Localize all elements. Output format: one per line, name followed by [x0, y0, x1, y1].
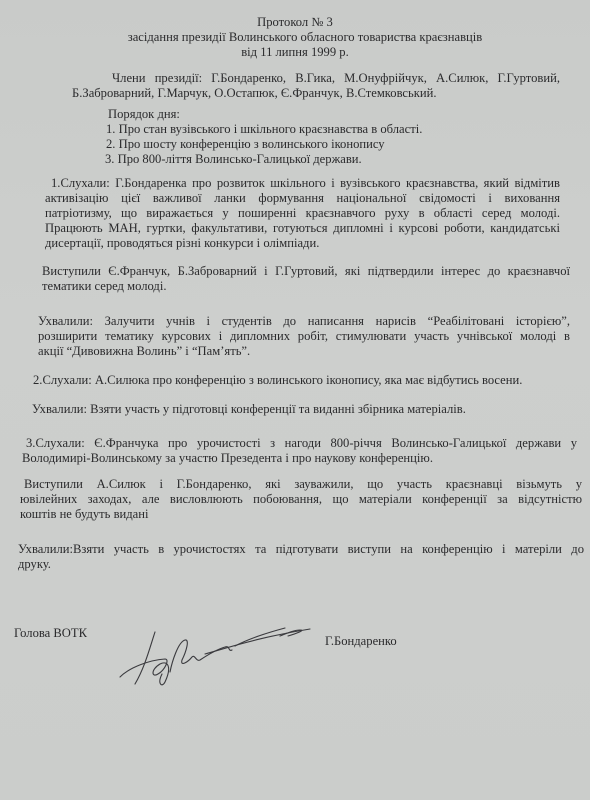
agenda-item: 2. Про шосту конференцію з волинського і…: [106, 137, 508, 152]
members-paragraph: Члени президії: Г.Бондаренко, В.Гика, М.…: [72, 71, 560, 101]
section-3-speakers: Виступили А.Силюк і Г.Бондаренко, які за…: [20, 477, 582, 522]
text-line: активізацію цієї важливої ланки формуван…: [45, 191, 560, 206]
protocol-date: від 11 липня 1999 р.: [0, 45, 590, 60]
text-line: акції “Дивовижна Волинь” і “Пам’ять”.: [38, 344, 570, 359]
members-line: Б.Заброварний, Г.Марчук, О.Остапюк, Є.Фр…: [72, 86, 560, 101]
text-line: Ухвалили:Взяти участь в урочистостях та …: [18, 542, 584, 557]
text-line: 1.Слухали: Г.Бондаренка про розвиток шкі…: [51, 176, 560, 191]
text-line: розширити тематику курсових і дипломних …: [38, 329, 570, 344]
section-2-resolution: Ухвалили: Взяти участь у підготовці конф…: [32, 402, 572, 417]
text-line: Працюють МАН, гуртки, факультативи, готу…: [45, 221, 560, 236]
section-1-heard: 1.Слухали: Г.Бондаренка про розвиток шкі…: [45, 176, 560, 251]
protocol-title: Протокол № 3: [0, 15, 590, 30]
section-1-resolution: Ухвалили: Залучити учнів і студентів до …: [38, 314, 570, 359]
section-2-heard: 2.Слухали: А.Силюка про конференцію з во…: [33, 373, 573, 388]
signature-role: Голова ВОТК: [14, 626, 87, 641]
signature-name: Г.Бондаренко: [325, 634, 397, 649]
agenda-item: 1. Про стан вузівського і шкільного крає…: [106, 122, 508, 137]
agenda-item: 3. Про 800-ліття Волинсько-Галицької дер…: [105, 152, 508, 167]
text-line: дисертації, проводяться різні конкурси і…: [45, 236, 560, 251]
text-line: патріотизму, що виражається у поширенні …: [45, 206, 560, 221]
agenda-heading: Порядок дня:: [108, 107, 508, 122]
protocol-subtitle: засідання президії Волинського обласного…: [10, 30, 590, 45]
agenda: Порядок дня: 1. Про стан вузівського і ш…: [108, 107, 508, 167]
text-line: Ухвалили: Взяти участь у підготовці конф…: [32, 402, 572, 417]
text-line: Виступили А.Силюк і Г.Бондаренко, які за…: [24, 477, 582, 492]
handwritten-signature-icon: [110, 612, 320, 697]
members-line: Члени президії: Г.Бондаренко, В.Гика, М.…: [112, 71, 560, 86]
section-3-heard: 3.Слухали: Є.Франчука про урочистості з …: [22, 436, 577, 466]
text-line: 3.Слухали: Є.Франчука про урочистості з …: [26, 436, 577, 451]
text-line: Виступили Є.Франчук, Б.Заброварний і Г.Г…: [42, 264, 570, 279]
text-line: 2.Слухали: А.Силюка про конференцію з во…: [33, 373, 573, 388]
text-line: Ухвалили: Залучити учнів і студентів до …: [38, 314, 570, 329]
text-line: коштів не будуть видані: [20, 507, 582, 522]
text-line: Володимирі-Волинському за участю Презеде…: [22, 451, 577, 466]
text-line: друку.: [18, 557, 584, 572]
section-3-resolution: Ухвалили:Взяти участь в урочистостях та …: [18, 542, 584, 572]
text-line: тематики серед молоді.: [42, 279, 570, 294]
text-line: ювілейних заходах, але висловлюють побою…: [20, 492, 582, 507]
section-1-speakers: Виступили Є.Франчук, Б.Заброварний і Г.Г…: [42, 264, 570, 294]
